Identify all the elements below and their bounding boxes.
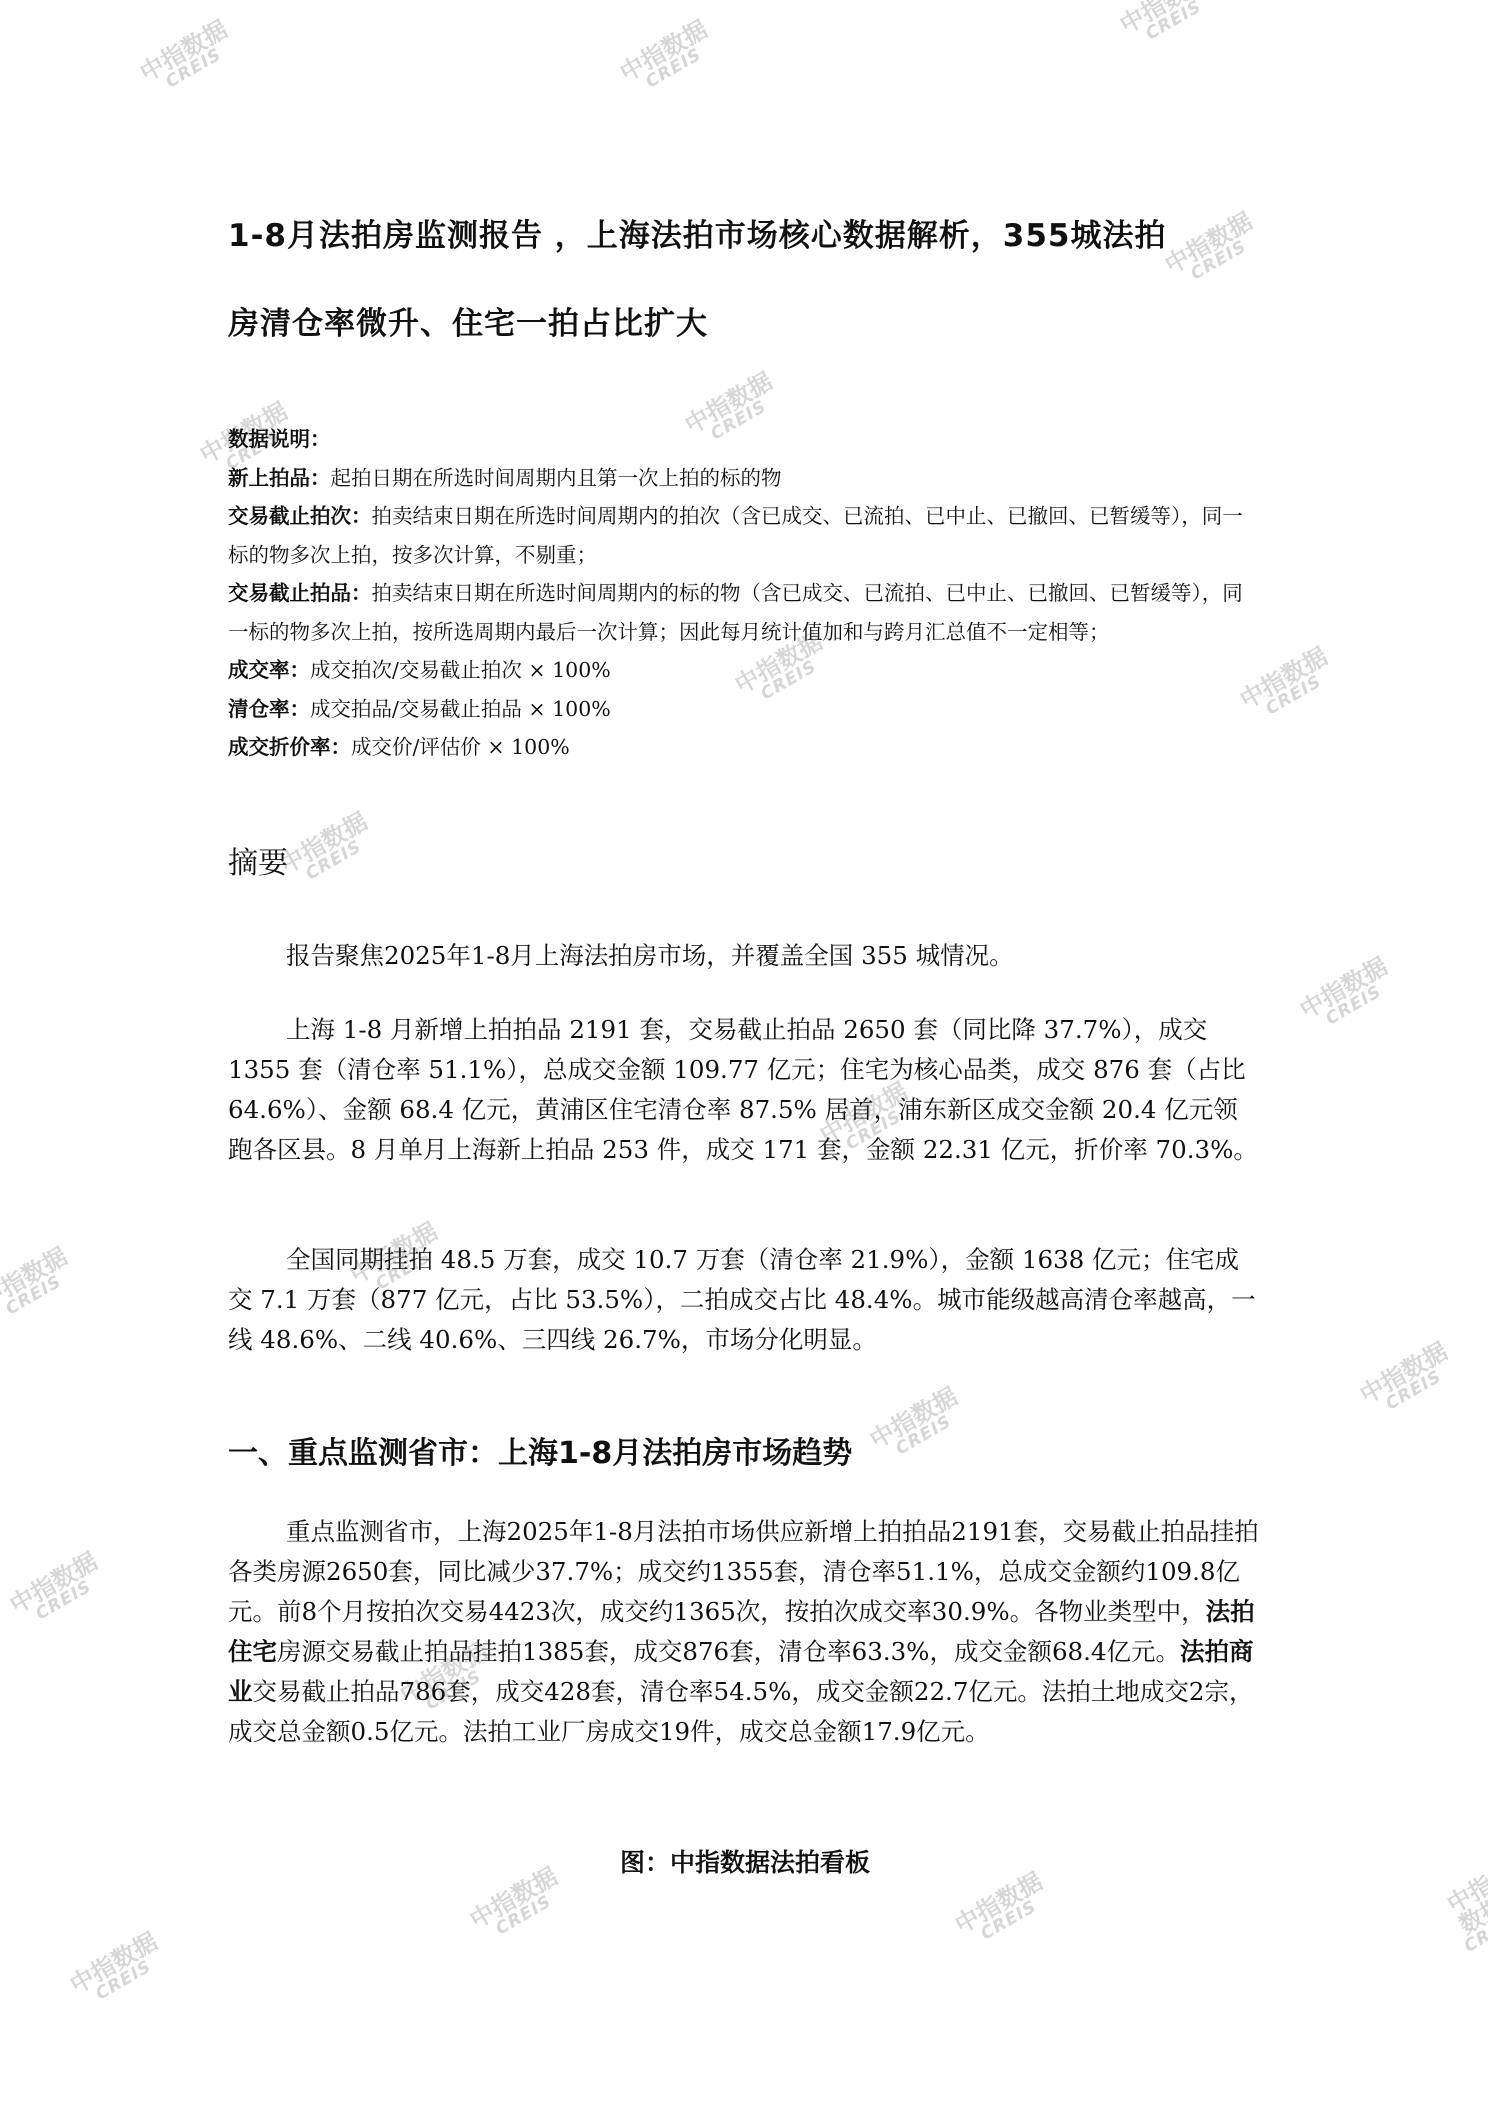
data-notes: 数据说明： 新上拍品：起拍日期在所选时间周期内且第一次上拍的标的物 交易截止拍次…	[228, 420, 1262, 767]
note-item: 交易截止拍次：拍卖结束日期在所选时间周期内的拍次（含已成交、已流拍、已中止、已撤…	[228, 497, 1262, 574]
watermark: 中指数据CREIS	[951, 1869, 1055, 1953]
note-item: 成交折价率：成交价/评估价 × 100%	[228, 728, 1262, 767]
section-paragraph: 重点监测省市，上海2025年1-8月法拍市场供应新增上拍拍品2191套，交易截止…	[228, 1512, 1262, 1752]
watermark: 中指数据CREIS	[1438, 1869, 1488, 1956]
summary-paragraph: 上海 1-8 月新增上拍拍品 2191 套，交易截止拍品 2650 套（同比降 …	[228, 1010, 1262, 1170]
section-heading: 一、重点监测省市：上海1-8月法拍房市场趋势	[228, 1428, 852, 1472]
summary-paragraph: 全国同期挂拍 48.5 万套，成交 10.7 万套（清仓率 21.9%），金额 …	[228, 1240, 1262, 1360]
note-item: 交易截止拍品：拍卖结束日期在所选时间周期内的标的物（含已成交、已流拍、已中止、已…	[228, 574, 1262, 651]
title-line-2: 房清仓率微升、住宅一拍占比扩大	[228, 306, 708, 342]
note-item: 新上拍品：起拍日期在所选时间周期内且第一次上拍的标的物	[228, 459, 1262, 498]
watermark: 中指数据CREIS	[1296, 954, 1400, 1038]
summary-heading: 摘要	[228, 838, 288, 882]
note-item: 成交率：成交拍次/交易截止拍次 × 100%	[228, 651, 1262, 690]
watermark: 中指数据CREIS	[6, 1549, 110, 1633]
watermark: 中指数据CREIS	[136, 17, 240, 101]
watermark: 中指数据CREIS	[66, 1929, 170, 2013]
report-title: 1-8月法拍房监测报告 ，上海法拍市场核心数据解析，355城法拍 房清仓率微升、…	[228, 192, 1262, 368]
title-line-1: 1-8月法拍房监测报告 ，上海法拍市场核心数据解析，355城法拍	[228, 218, 1167, 254]
watermark: 中指数据CREIS	[0, 1244, 80, 1328]
watermark: 中指数据CREIS	[1356, 1339, 1460, 1423]
summary-paragraph: 报告聚焦2025年1-8月上海法拍房市场，并覆盖全国 355 城情况。	[228, 936, 1262, 976]
note-item: 清仓率：成交拍品/交易截止拍品 × 100%	[228, 690, 1262, 729]
watermark: 中指数据CREIS	[276, 809, 380, 893]
notes-heading: 数据说明：	[228, 427, 331, 451]
figure-caption: 图：中指数据法拍看板	[228, 1843, 1262, 1879]
watermark: 中指数据CREIS	[616, 17, 720, 101]
watermark: 中指数据CREIS	[1116, 0, 1220, 52]
watermark: 中指数据CREIS	[866, 1384, 970, 1468]
